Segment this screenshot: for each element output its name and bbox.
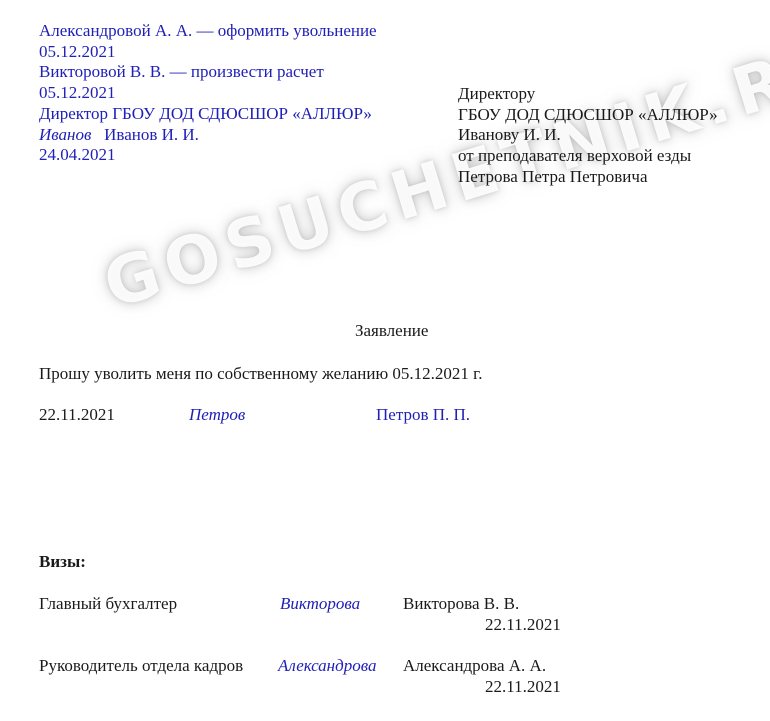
document-title: Заявление [355, 321, 428, 341]
director-name: Иванов И. И. [104, 125, 199, 144]
visa-1-signature: Викторова [280, 594, 360, 614]
resolution-1-text: Александровой А. А. — оформить увольнени… [39, 21, 377, 42]
addressee-block: Директору ГБОУ ДОД СДЮСШОР «АЛЛЮР» Ивано… [458, 84, 718, 188]
director-signature-line: Иванов Иванов И. И. [39, 125, 377, 146]
applicant-signature: Петров [189, 405, 245, 425]
director-title: Директор ГБОУ ДОД СДЮСШОР «АЛЛЮР» [39, 104, 377, 125]
visas-heading: Визы: [39, 552, 86, 572]
resolution-2-date: 05.12.2021 [39, 83, 377, 104]
resolutions-block: Александровой А. А. — оформить увольнени… [39, 21, 377, 166]
addressee-line-4: от преподавателя верховой езды [458, 146, 718, 167]
visa-1-date: 22.11.2021 [485, 615, 561, 635]
applicant-name: Петров П. П. [376, 405, 470, 425]
visa-2-signature: Александрова [278, 656, 376, 676]
visa-2-date: 22.11.2021 [485, 677, 561, 697]
visa-2-position: Руководитель отдела кадров [39, 656, 243, 676]
addressee-line-1: Директору [458, 84, 718, 105]
addressee-line-5: Петрова Петра Петровича [458, 167, 718, 188]
resolution-2-text: Викторовой В. В. — произвести расчет [39, 62, 377, 83]
director-date: 24.04.2021 [39, 145, 377, 166]
visa-1-position: Главный бухгалтер [39, 594, 177, 614]
resolution-1-date: 05.12.2021 [39, 42, 377, 63]
document-body: Прошу уволить меня по собственному желан… [39, 364, 482, 384]
addressee-line-3: Иванову И. И. [458, 125, 718, 146]
addressee-line-2: ГБОУ ДОД СДЮСШОР «АЛЛЮР» [458, 105, 718, 126]
visa-1-name: Викторова В. В. [403, 594, 519, 614]
visa-2-name: Александрова А. А. [403, 656, 546, 676]
director-signature: Иванов [39, 125, 91, 144]
document-date: 22.11.2021 [39, 405, 115, 425]
